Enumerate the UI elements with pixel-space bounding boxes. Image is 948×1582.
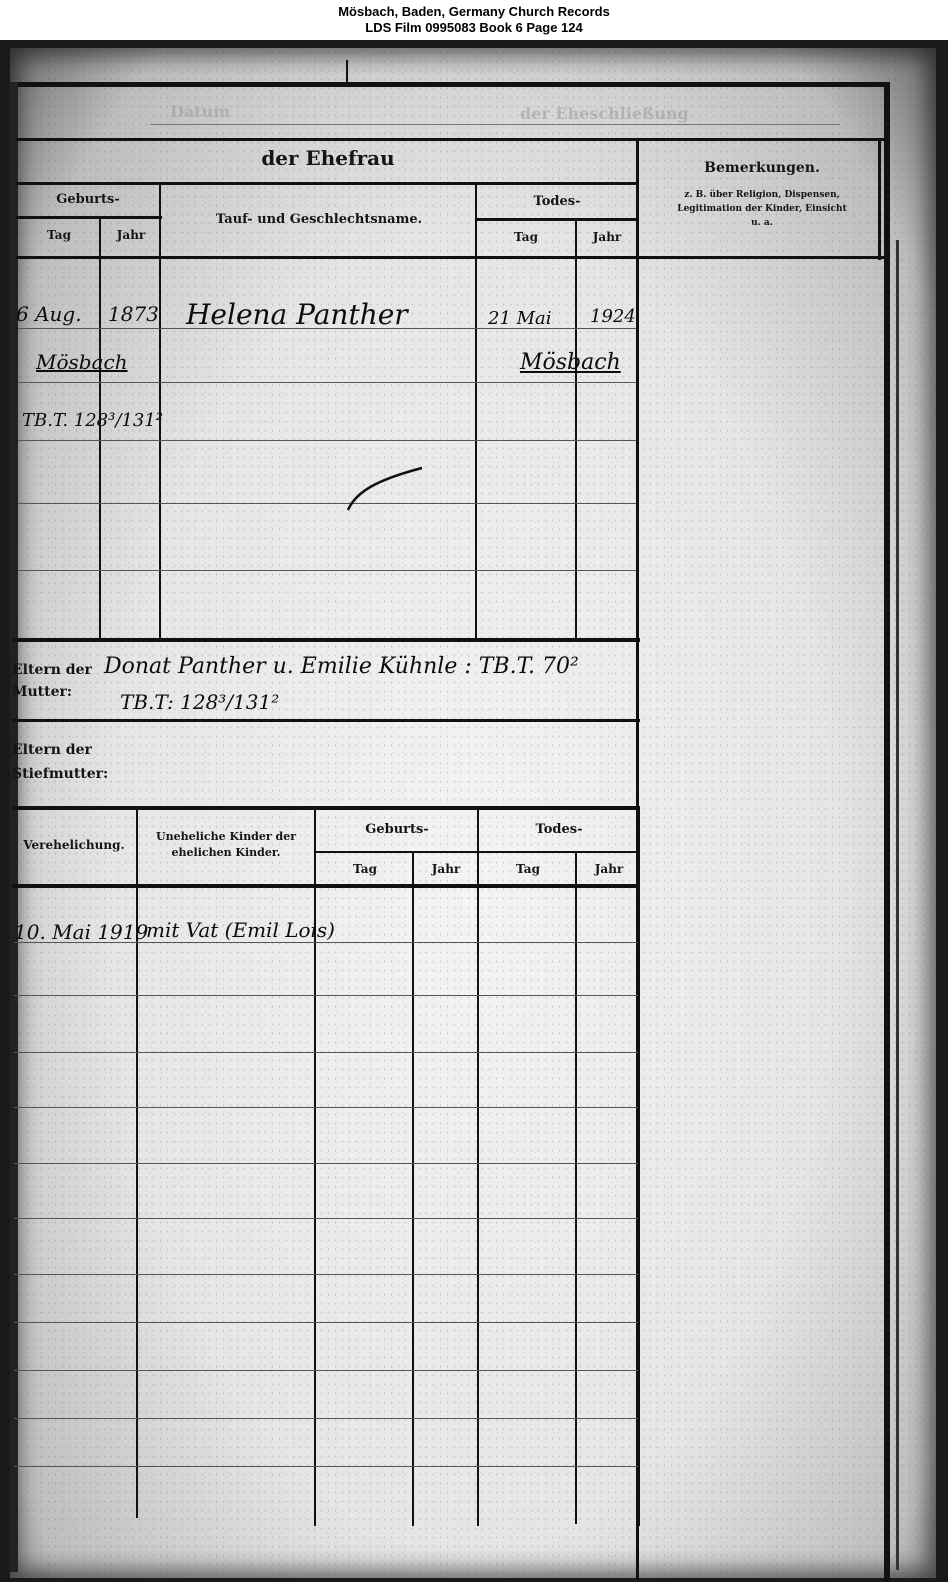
wife-reference: TB.T. 128³/131² — [22, 410, 163, 431]
mother-parents-reference: TB.T: 128³/131² — [120, 690, 279, 714]
death-subrule — [476, 218, 638, 221]
header-rule-1 — [16, 138, 886, 141]
name-header: Tauf- und Geschlechtsname. — [162, 212, 476, 227]
pen-stroke-mark — [346, 466, 426, 512]
register-page — [10, 48, 936, 1578]
top-divider — [346, 60, 348, 84]
marriage-date: 10. Mai 1919 — [14, 920, 148, 944]
faded-rule — [150, 124, 840, 125]
remarks-subtitle-2: Legitimation der Kinder, Einsicht — [640, 204, 884, 214]
right-margin-binding — [896, 240, 899, 1570]
ruled-line — [14, 1466, 638, 1467]
children-col-rule-5 — [575, 852, 577, 1524]
parents-mid-rule — [12, 719, 640, 722]
ruled-line — [14, 1418, 638, 1419]
ruled-line — [18, 570, 636, 571]
wife-birth-place: Mösbach — [36, 350, 128, 374]
birth-group-header: Geburts- — [18, 192, 158, 207]
col-death-left-rule — [475, 183, 477, 640]
birth-subrule — [16, 216, 162, 219]
remarks-title: Bemerkungen. — [640, 160, 884, 176]
mother-parents-label-1: Eltern der — [12, 662, 92, 678]
ruled-line — [14, 1107, 638, 1108]
children-birth-group: Geburts- — [318, 822, 476, 837]
children-death-group: Todes- — [480, 822, 638, 837]
ruled-line — [14, 1163, 638, 1164]
mother-parents-label-2: Mutter: — [12, 684, 72, 700]
wife-birth-year: 1873 — [108, 302, 159, 326]
caption-title: Mösbach, Baden, Germany Church Records — [0, 4, 948, 20]
ruled-line — [14, 1052, 638, 1053]
stepmother-parents-label-2: Stiefmutter: — [12, 766, 108, 782]
faded-header-right: der Eheschließung — [520, 104, 689, 123]
wife-death-place: Mösbach — [520, 350, 621, 375]
death-year-header: Jahr — [578, 230, 636, 244]
children-death-day: Tag — [480, 862, 576, 876]
ruled-line — [18, 503, 636, 504]
ruled-line — [14, 1274, 638, 1275]
wife-name: Helena Panther — [186, 298, 408, 331]
ruled-line — [14, 1370, 638, 1371]
children-col-rule-3 — [412, 852, 414, 1526]
death-group-header: Todes- — [478, 194, 636, 209]
top-border — [18, 82, 888, 87]
children-birth-year: Jahr — [416, 862, 476, 876]
right-border — [884, 82, 890, 1582]
children-header-bottom-rule — [12, 884, 640, 888]
wife-section-title: der Ehefrau — [18, 146, 638, 170]
wife-death-day: 21 Mai — [488, 308, 552, 329]
caption-film-reference: LDS Film 0995083 Book 6 Page 124 — [0, 20, 948, 36]
remarks-right-rule — [878, 140, 881, 260]
children-death-year: Jahr — [580, 862, 638, 876]
stepmother-parents-label-1: Eltern der — [12, 742, 92, 758]
faded-header-left: Datum — [170, 102, 230, 121]
ruled-line — [18, 440, 636, 441]
ruled-line — [18, 382, 636, 383]
parents-top-rule — [12, 638, 640, 642]
ruled-line — [14, 1218, 638, 1219]
remarks-subtitle-1: z. B. über Religion, Dispensen, — [640, 190, 884, 200]
header-rule-2 — [16, 182, 638, 185]
birth-day-header: Tag — [18, 228, 100, 242]
children-header-2: ehelichen Kinder. — [138, 846, 314, 859]
birth-year-header: Jahr — [102, 228, 160, 242]
children-header-1: Uneheliche Kinder der — [138, 830, 314, 843]
wife-death-year: 1924 — [590, 306, 636, 327]
header-rule-3 — [16, 256, 886, 259]
ruled-line — [14, 1322, 638, 1323]
mother-parents-names: Donat Panther u. Emilie Kühnle : TB.T. 7… — [104, 654, 579, 679]
document-caption: Mösbach, Baden, Germany Church Records L… — [0, 4, 948, 36]
wife-birth-day: 6 Aug. — [16, 302, 82, 326]
child-entry-note: mit Vat (Emil Lois) — [146, 918, 335, 942]
children-col-rule-6 — [638, 808, 640, 1526]
paper-texture — [10, 48, 936, 1578]
marriage-header: Verehelichung. — [12, 838, 136, 852]
children-birth-day: Tag — [318, 862, 412, 876]
death-day-header: Tag — [478, 230, 574, 244]
children-top-rule — [12, 806, 640, 810]
remarks-subtitle-3: u. a. — [640, 218, 884, 228]
ruled-line — [14, 995, 638, 996]
col-death-day-rule — [575, 220, 577, 640]
